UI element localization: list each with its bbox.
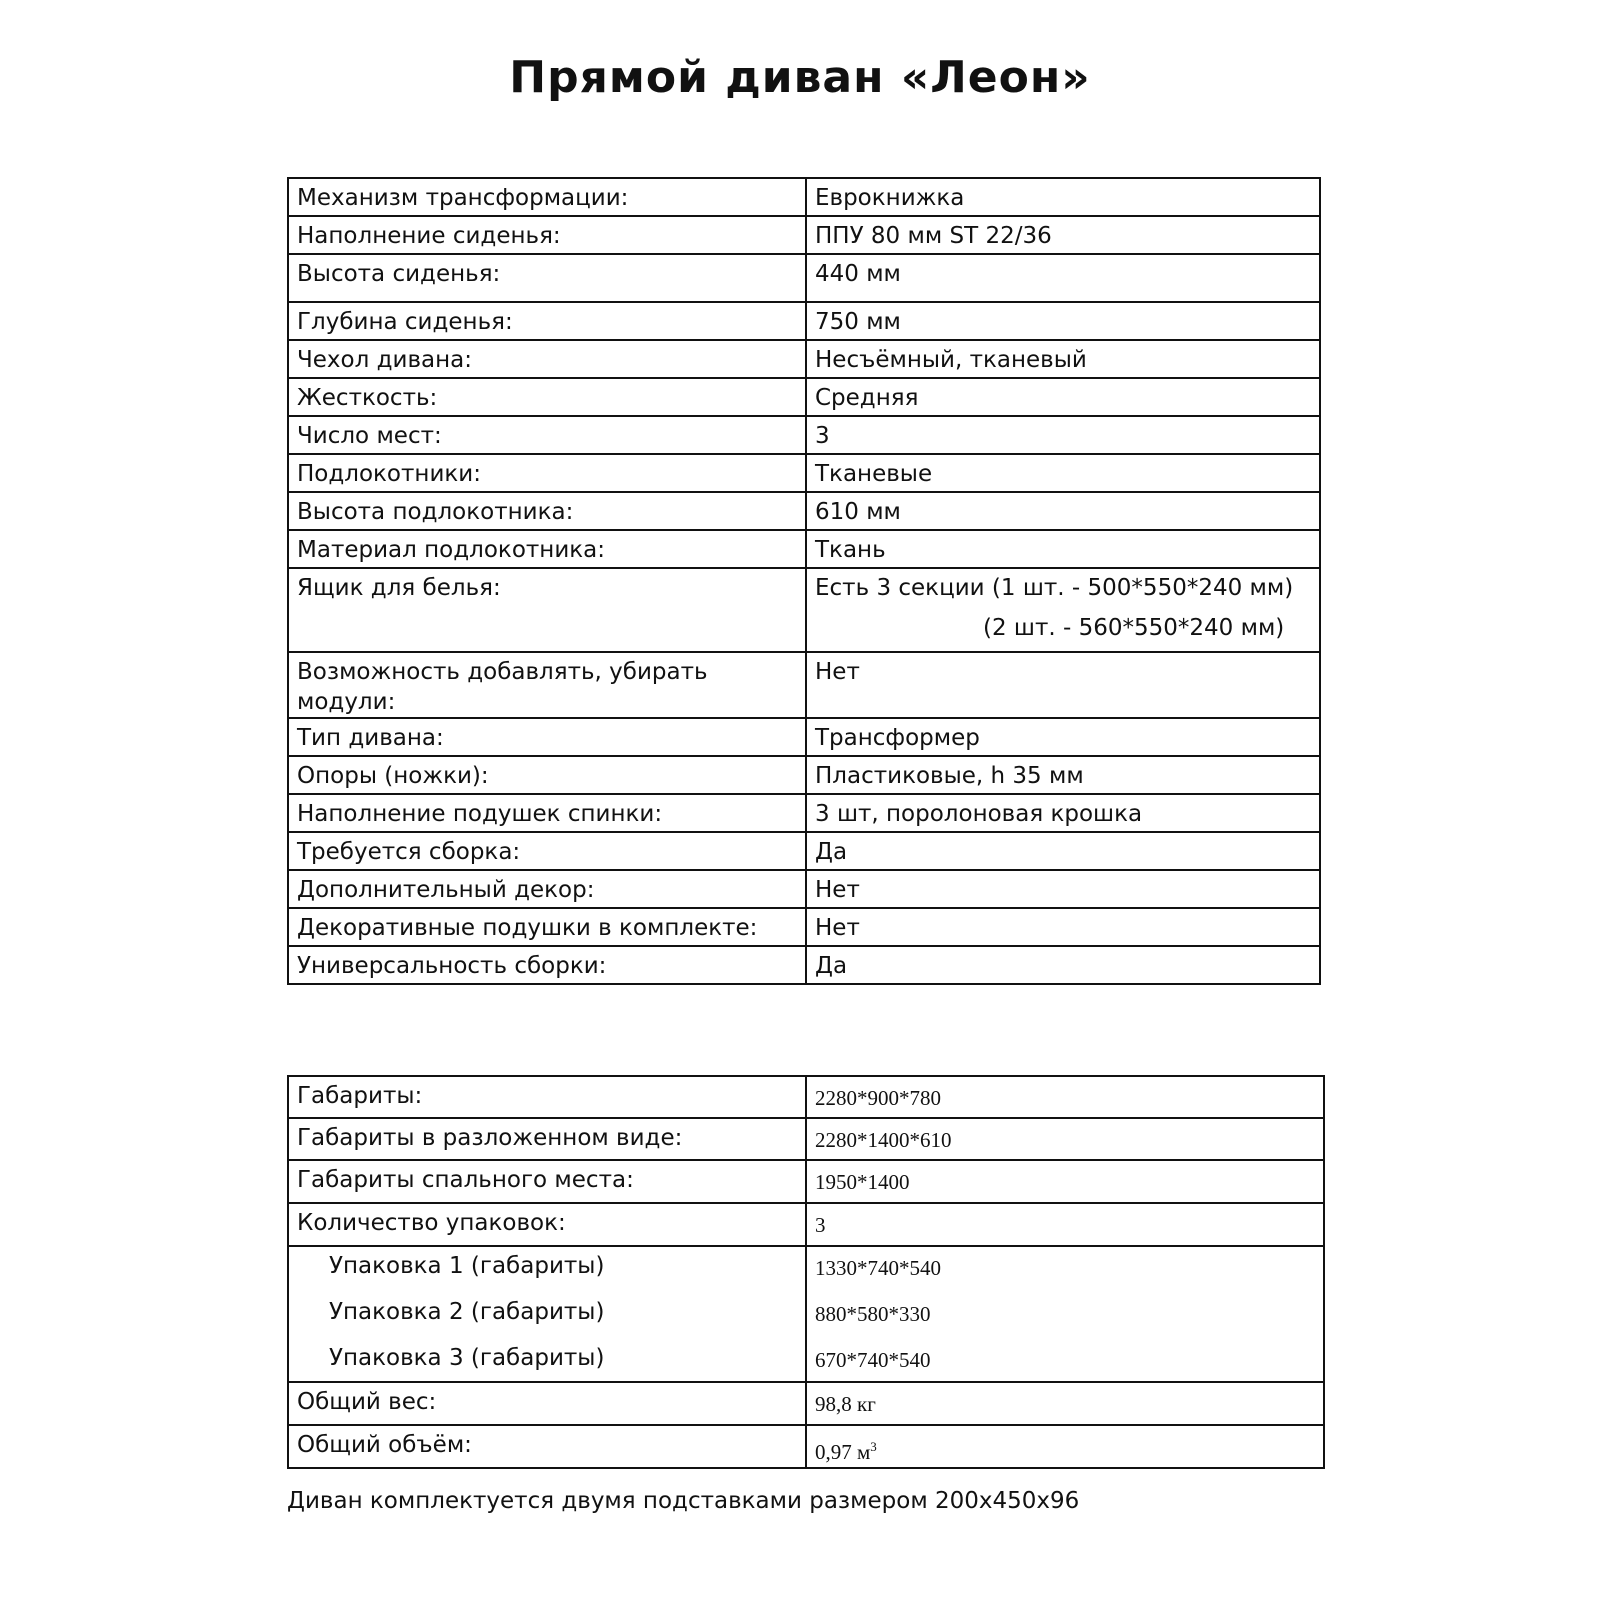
package-labels: Упаковка 1 (габариты) Упаковка 2 (габари… (288, 1246, 806, 1382)
table-row: Тип дивана:Трансформер (288, 718, 1320, 756)
spec-label: Наполнение сиденья: (288, 216, 806, 254)
spec-label: Возможность добавлять, убиратьмодули: (288, 652, 806, 718)
spec-label: Жесткость: (288, 378, 806, 416)
spec-label: Общий вес: (288, 1382, 806, 1425)
spec-value: 3 (806, 1203, 1324, 1246)
spec-label: Глубина сиденья: (288, 302, 806, 340)
page-title: Прямой диван «Леон» (0, 52, 1600, 103)
table-row: Опоры (ножки):Пластиковые, h 35 мм (288, 756, 1320, 794)
footnote: Диван комплектуется двумя подставками ра… (287, 1488, 1079, 1514)
package-values: 1330*740*540 880*580*330 670*740*540 (806, 1246, 1324, 1382)
unit-exponent: 3 (870, 1439, 877, 1454)
table-row: Высота подлокотника:610 мм (288, 492, 1320, 530)
specifications-table: Механизм трансформации:ЕврокнижкаНаполне… (287, 177, 1321, 985)
spec-label: Универсальность сборки: (288, 946, 806, 984)
spec-label: Чехол дивана: (288, 340, 806, 378)
table-row: Декоративные подушки в комплекте:Нет (288, 908, 1320, 946)
table-row: Габариты спального места: 1950*1400 (288, 1160, 1324, 1203)
spec-label: Тип дивана: (288, 718, 806, 756)
spec-label: Подлокотники: (288, 454, 806, 492)
spec-value: 610 мм (806, 492, 1320, 530)
package-value: 880*580*330 (815, 1299, 1315, 1345)
dimensions-table: Габариты: 2280*900*780 Габариты в разлож… (287, 1075, 1325, 1469)
spec-label: Опоры (ножки): (288, 756, 806, 794)
spec-value: 1950*1400 (806, 1160, 1324, 1203)
spec-label: Декоративные подушки в комплекте: (288, 908, 806, 946)
package-label: Упаковка 3 (габариты) (297, 1343, 797, 1379)
table-row: Наполнение сиденья:ППУ 80 мм ST 22/36 (288, 216, 1320, 254)
table-row-packages: Упаковка 1 (габариты) Упаковка 2 (габари… (288, 1246, 1324, 1382)
spec-value: 98,8 кг (806, 1382, 1324, 1425)
table-row: Число мест:3 (288, 416, 1320, 454)
table-row: Чехол дивана:Несъёмный, тканевый (288, 340, 1320, 378)
table-row: Возможность добавлять, убиратьмодули:Нет (288, 652, 1320, 718)
table-row: Универсальность сборки:Да (288, 946, 1320, 984)
spec-value: 2280*1400*610 (806, 1118, 1324, 1160)
table-row: Количество упаковок: 3 (288, 1203, 1324, 1246)
table-row: Ящик для белья:Есть 3 секции (1 шт. - 50… (288, 568, 1320, 652)
table-row: Габариты: 2280*900*780 (288, 1076, 1324, 1118)
spec-value: Нет (806, 870, 1320, 908)
table-row: Глубина сиденья:750 мм (288, 302, 1320, 340)
spec-label: Ящик для белья: (288, 568, 806, 652)
table-row: Жесткость:Средняя (288, 378, 1320, 416)
spec-label: Габариты в разложенном виде: (288, 1118, 806, 1160)
spec-value: Нет (806, 908, 1320, 946)
table-row: Требуется сборка:Да (288, 832, 1320, 870)
spec-label: Общий объём: (288, 1425, 806, 1468)
spec-value: Пластиковые, h 35 мм (806, 756, 1320, 794)
package-label: Упаковка 2 (габариты) (297, 1297, 797, 1343)
spec-value: 440 мм (806, 254, 1320, 302)
spec-value: 2280*900*780 (806, 1076, 1324, 1118)
spec-label: Высота сиденья: (288, 254, 806, 302)
spec-value: Тканевые (806, 454, 1320, 492)
table-row: Наполнение подушек спинки:3 шт, поролоно… (288, 794, 1320, 832)
spec-value: Есть 3 секции (1 шт. - 500*550*240 мм)(2… (806, 568, 1320, 652)
spec-value: Средняя (806, 378, 1320, 416)
table-row: Общий объём: 0,97 м3 (288, 1425, 1324, 1468)
spec-value: 0,97 м3 (806, 1425, 1324, 1468)
spec-value: Да (806, 946, 1320, 984)
spec-value: 3 шт, поролоновая крошка (806, 794, 1320, 832)
table-row: Дополнительный декор:Нет (288, 870, 1320, 908)
table-row: Механизм трансформации:Еврокнижка (288, 178, 1320, 216)
spec-label: Дополнительный декор: (288, 870, 806, 908)
spec-value: 3 (806, 416, 1320, 454)
package-value: 1330*740*540 (815, 1253, 1315, 1299)
spec-label: Габариты спального места: (288, 1160, 806, 1203)
spec-label: Требуется сборка: (288, 832, 806, 870)
spec-label: Материал подлокотника: (288, 530, 806, 568)
spec-value: ППУ 80 мм ST 22/36 (806, 216, 1320, 254)
spec-label: Число мест: (288, 416, 806, 454)
spec-value: Да (806, 832, 1320, 870)
spec-value: Еврокнижка (806, 178, 1320, 216)
spec-value: Ткань (806, 530, 1320, 568)
spec-label: Механизм трансформации: (288, 178, 806, 216)
table-row: Общий вес: 98,8 кг (288, 1382, 1324, 1425)
spec-label: Наполнение подушек спинки: (288, 794, 806, 832)
package-value: 670*740*540 (815, 1345, 1315, 1381)
spec-label: Количество упаковок: (288, 1203, 806, 1246)
table-row: Подлокотники:Тканевые (288, 454, 1320, 492)
package-label: Упаковка 1 (габариты) (297, 1251, 797, 1297)
spec-value: Несъёмный, тканевый (806, 340, 1320, 378)
table-row: Габариты в разложенном виде: 2280*1400*6… (288, 1118, 1324, 1160)
spec-label: Высота подлокотника: (288, 492, 806, 530)
spec-value: 750 мм (806, 302, 1320, 340)
table-row: Материал подлокотника:Ткань (288, 530, 1320, 568)
spec-value: Трансформер (806, 718, 1320, 756)
table-row: Высота сиденья:440 мм (288, 254, 1320, 302)
spec-value: Нет (806, 652, 1320, 718)
spec-label: Габариты: (288, 1076, 806, 1118)
